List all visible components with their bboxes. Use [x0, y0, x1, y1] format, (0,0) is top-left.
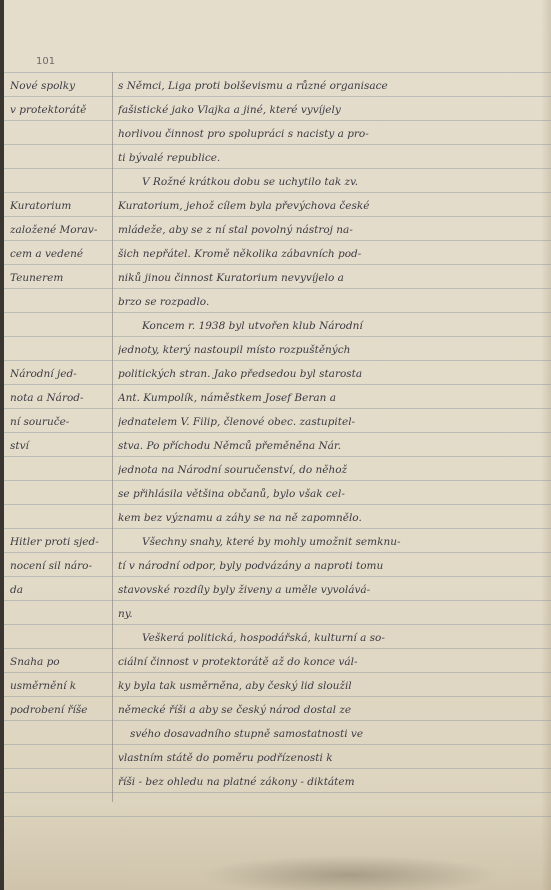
margin-note-national-unity: Národní jed- nota a Národ- ní souruče- s… [10, 362, 110, 458]
margin-note-line: ství [10, 434, 110, 458]
body-line: Ant. Kumpolík, náměstkem Josef Beran a [118, 386, 543, 410]
body-line: politických stran. Jako předsedou byl st… [118, 362, 543, 386]
body-line: šich nepřátel. Kromě několika zábavních … [118, 242, 543, 266]
margin-note-line: Nové spolky [10, 74, 110, 98]
margin-note-line: cem a vedené [10, 242, 110, 266]
body-line: s Němci, Liga proti bolševismu a různé o… [118, 74, 543, 98]
margin-note-hitler: Hitler proti sjed- nocení sil náro- da [10, 530, 110, 602]
body-line: ciální činnost v protektorátě až do konc… [118, 650, 543, 674]
body-line: Koncem r. 1938 byl utvořen klub Národní [118, 314, 543, 338]
body-line: stavovské rozdíly byly živeny a uměle vy… [118, 578, 543, 602]
margin-note-new-associations: Nové spolky v protektorátě [10, 74, 110, 122]
body-line: svého dosavadního stupně samostatnosti v… [118, 722, 543, 746]
page-number: 101 [36, 56, 55, 67]
body-line: kem bez významu a záhy se na ně zapomněl… [118, 506, 543, 530]
margin-note-line: usměrnění k [10, 674, 110, 698]
ruled-line [4, 72, 551, 73]
body-line: ny. [118, 602, 543, 626]
body-line: se přihlásila většina občanů, bylo však … [118, 482, 543, 506]
margin-note-line: v protektorátě [10, 98, 110, 122]
body-line: německé říši a aby se český národ dostal… [118, 698, 543, 722]
body-line: ti bývalé republice. [118, 146, 543, 170]
body-line: niků jinou činnost Kuratorium nevyvíjelo… [118, 266, 543, 290]
body-line: říši - bez ohledu na platné zákony - dik… [118, 770, 543, 794]
margin-note-line: nocení sil náro- [10, 554, 110, 578]
body-line: Všechny snahy, které by mohly umožnit se… [118, 530, 543, 554]
margin-note-line: Teunerem [10, 266, 110, 290]
body-line: vlastním státě do poměru podřízenosti k [118, 746, 543, 770]
margin-note-line: založené Morav- [10, 218, 110, 242]
chronicle-body-text: s Němci, Liga proti bolševismu a různé o… [118, 74, 543, 794]
margin-note-line: podrobení říše [10, 698, 110, 722]
body-line: jednota na Národní souručenství, do něho… [118, 458, 543, 482]
margin-note-line: Snaha po [10, 650, 110, 674]
body-line: Veškerá politická, hospodářská, kulturní… [118, 626, 543, 650]
ruled-line [4, 816, 551, 817]
margin-note-line: da [10, 578, 110, 602]
margin-note-line: Kuratorium [10, 194, 110, 218]
body-line: tí v národní odpor, byly podvázány a nap… [118, 554, 543, 578]
page-bottom-shadow [200, 855, 500, 890]
body-line: jednatelem V. Filip, členové obec. zastu… [118, 410, 543, 434]
body-line: mládeže, aby se z ní stal povolný nástro… [118, 218, 543, 242]
body-line: stva. Po příchodu Němců přeměněna Nár. [118, 434, 543, 458]
body-line: jednoty, který nastoupil místo rozpuštěn… [118, 338, 543, 362]
body-line: brzo se rozpadlo. [118, 290, 543, 314]
margin-note-subordination: Snaha po usměrnění k podrobení říše [10, 650, 110, 722]
ledger-page: 101 Nové spolky v protektorátě Kuratoriu… [0, 0, 551, 890]
margin-note-line: Národní jed- [10, 362, 110, 386]
margin-note-line: ní souruče- [10, 410, 110, 434]
body-line: ky byla tak usměrněna, aby český lid slo… [118, 674, 543, 698]
page-binding [0, 0, 4, 890]
body-line: Kuratorium, jehož cílem byla převýchova … [118, 194, 543, 218]
body-line: horlivou činnost pro spolupráci s nacist… [118, 122, 543, 146]
body-line: fašistické jako Vlajka a jiné, které vyv… [118, 98, 543, 122]
margin-divider [112, 72, 113, 802]
margin-note-line: Hitler proti sjed- [10, 530, 110, 554]
margin-note-kuratorium: Kuratorium založené Morav- cem a vedené … [10, 194, 110, 290]
margin-note-line: nota a Národ- [10, 386, 110, 410]
body-line: V Rožné krátkou dobu se uchytilo tak zv. [118, 170, 543, 194]
